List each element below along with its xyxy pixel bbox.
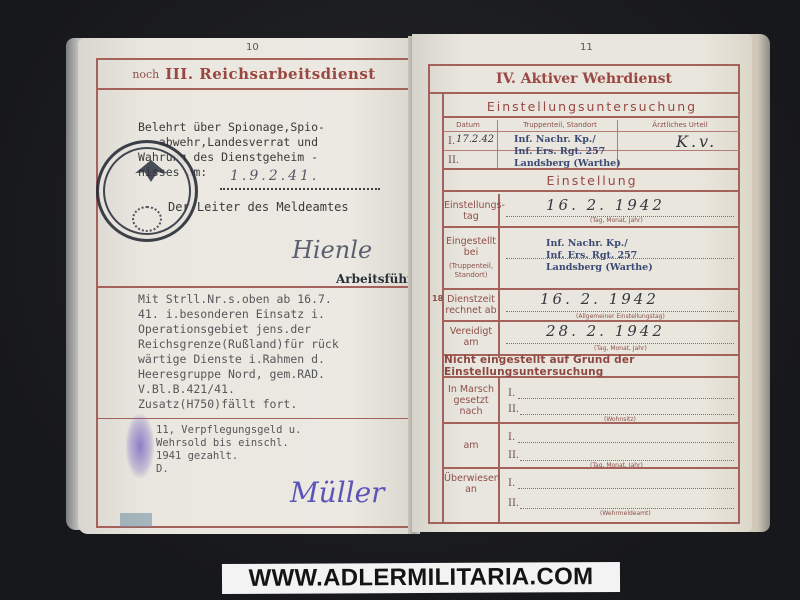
note-line: 41. i.besonderen Einsatz i. bbox=[138, 307, 339, 322]
medical-verdict-value: K.v. bbox=[676, 132, 717, 151]
exam-header-unit: Truppenteil, Standort bbox=[500, 121, 620, 130]
entry-line bbox=[520, 508, 734, 509]
ink-stamp-smudge bbox=[126, 414, 154, 478]
label-am: am bbox=[444, 440, 498, 451]
line-index: II. bbox=[508, 450, 519, 461]
instruction-date: 1.9.2.41. bbox=[230, 168, 319, 184]
label-vereidigt: Vereidigt am bbox=[444, 326, 498, 348]
pay-line: D. bbox=[156, 463, 301, 476]
line-index: I. bbox=[508, 388, 515, 399]
pay-line: Wehrsold bis einschl. bbox=[156, 437, 301, 450]
enlisted-unit-stamp: Inf. Nachr. Kp./ Inf. Ers. Rgt. 257 Land… bbox=[546, 238, 653, 274]
note-line: Heeresgruppe Nord, gem.RAD. bbox=[138, 367, 339, 382]
left-page-header: noch III. Reichsarbeitsdienst bbox=[98, 60, 410, 90]
pay-line: 1941 gezahlt. bbox=[156, 450, 301, 463]
unit-line: Inf. Ers. Rgt. 257 bbox=[546, 250, 637, 261]
signature-leiter: Hienle bbox=[292, 236, 372, 264]
label-dienstzeit: Dienstzeit rechnet ab bbox=[444, 294, 498, 316]
entry-line bbox=[518, 488, 734, 489]
enlistment-section-header: Einstellung bbox=[444, 170, 740, 192]
exam-row-index: I. bbox=[448, 136, 455, 147]
pay-line: 11, Verpflegungsgeld u. bbox=[156, 424, 301, 437]
exam-unit-stamp: Inf. Nachr. Kp./ Inf. Ers. Rgt. 257 Land… bbox=[514, 134, 621, 170]
exam-header-date: Datum bbox=[448, 121, 488, 130]
exam-date-value: 17.2.42 bbox=[456, 134, 494, 145]
section-title-aktiver-wehrdienst: IV. Aktiver Wehrdienst bbox=[430, 66, 738, 94]
entry-line bbox=[506, 311, 734, 312]
caption: (Wehrmeldeamt) bbox=[600, 510, 651, 517]
date-dotted-line bbox=[220, 188, 380, 190]
label-einstellungstag: Einstellungs-tag bbox=[444, 200, 498, 222]
einstellungstag-value: 16. 2. 1942 bbox=[546, 196, 665, 214]
label-column-line bbox=[498, 378, 500, 524]
exam-row-index: II. bbox=[448, 155, 459, 166]
sublabel-truppenteil: (Truppenteil, Standort) bbox=[444, 262, 498, 280]
line-index: II. bbox=[508, 404, 519, 415]
left-page-number: 10 bbox=[246, 42, 259, 53]
label-eingestellt-bei: Eingestellt bei bbox=[444, 236, 498, 258]
note-line: Zusatz(H750)fällt fort. bbox=[138, 397, 339, 412]
line-index: I. bbox=[508, 478, 515, 489]
signature-paymaster: Müller bbox=[290, 476, 385, 509]
row-rule bbox=[444, 467, 740, 469]
label-in-marsch: In Marsch gesetzt nach bbox=[444, 384, 498, 417]
header-prefix: noch bbox=[132, 68, 159, 81]
entry-line bbox=[520, 414, 734, 415]
margin-number: 18 bbox=[432, 294, 443, 303]
exam-header-verdict: Ärztliches Urteil bbox=[630, 121, 730, 130]
unit-line: Landsberg (Warthe) bbox=[546, 262, 653, 273]
special-duty-note: Mit Strll.Nr.s.oben ab 16.7. 41. i.beson… bbox=[138, 292, 339, 412]
entry-line bbox=[506, 258, 734, 259]
exam-col-rule bbox=[497, 120, 498, 168]
entry-line bbox=[520, 460, 734, 461]
instruction-line: Belehrt über Spionage,Spio- bbox=[138, 120, 325, 135]
unit-line: Inf. Nachr. Kp./ bbox=[546, 238, 628, 249]
entry-line bbox=[518, 442, 734, 443]
unit-line: Inf. Ers. Rgt. 257 bbox=[514, 146, 605, 157]
pay-note: 11, Verpflegungsgeld u. Wehrsold bis ein… bbox=[156, 424, 301, 476]
watermark-text: WWW.ADLERMILITARIA.COM bbox=[249, 563, 594, 593]
line-index: I. bbox=[508, 432, 515, 443]
line-index: II. bbox=[508, 498, 519, 509]
entry-line bbox=[518, 398, 734, 399]
label-ueberwiesen: Überwiesen an bbox=[444, 473, 498, 495]
entry-line bbox=[506, 343, 734, 344]
caption: (Tag, Monat, Jahr) bbox=[594, 345, 647, 352]
exam-section-header: Einstellungsuntersuchung bbox=[444, 96, 740, 118]
vereidigt-value: 28. 2. 1942 bbox=[546, 322, 665, 340]
section-divider bbox=[98, 286, 410, 288]
paper-stain bbox=[120, 513, 152, 527]
wreath-emblem-icon bbox=[132, 206, 162, 232]
note-line: Operationsgebiet jens.der bbox=[138, 322, 339, 337]
note-line: wärtige Dienste i.Rahmen d. bbox=[138, 352, 339, 367]
note-line: V.Bl.B.421/41. bbox=[138, 382, 339, 397]
right-page-number: 11 bbox=[580, 42, 593, 53]
section-title-reichsarbeitsdienst: III. Reichsarbeitsdienst bbox=[165, 65, 375, 83]
label-column-line bbox=[498, 194, 500, 358]
row-rule bbox=[444, 422, 740, 424]
row-rule bbox=[444, 226, 740, 228]
note-line: Mit Strll.Nr.s.oben ab 16.7. bbox=[138, 292, 339, 307]
caption: (Allgemeiner Einstellungstag) bbox=[576, 313, 665, 320]
not-enlisted-section-header: Nicht eingestellt auf Grund der Einstell… bbox=[444, 356, 740, 378]
dienstzeit-value: 16. 2. 1942 bbox=[540, 290, 659, 308]
caption: (Tag, Monat, Jahr) bbox=[590, 217, 643, 224]
note-line: Reichsgrenze(Rußland)für rück bbox=[138, 337, 339, 352]
unit-line: Inf. Nachr. Kp./ bbox=[514, 134, 596, 145]
watermark-banner: WWW.ADLERMILITARIA.COM bbox=[222, 562, 620, 594]
